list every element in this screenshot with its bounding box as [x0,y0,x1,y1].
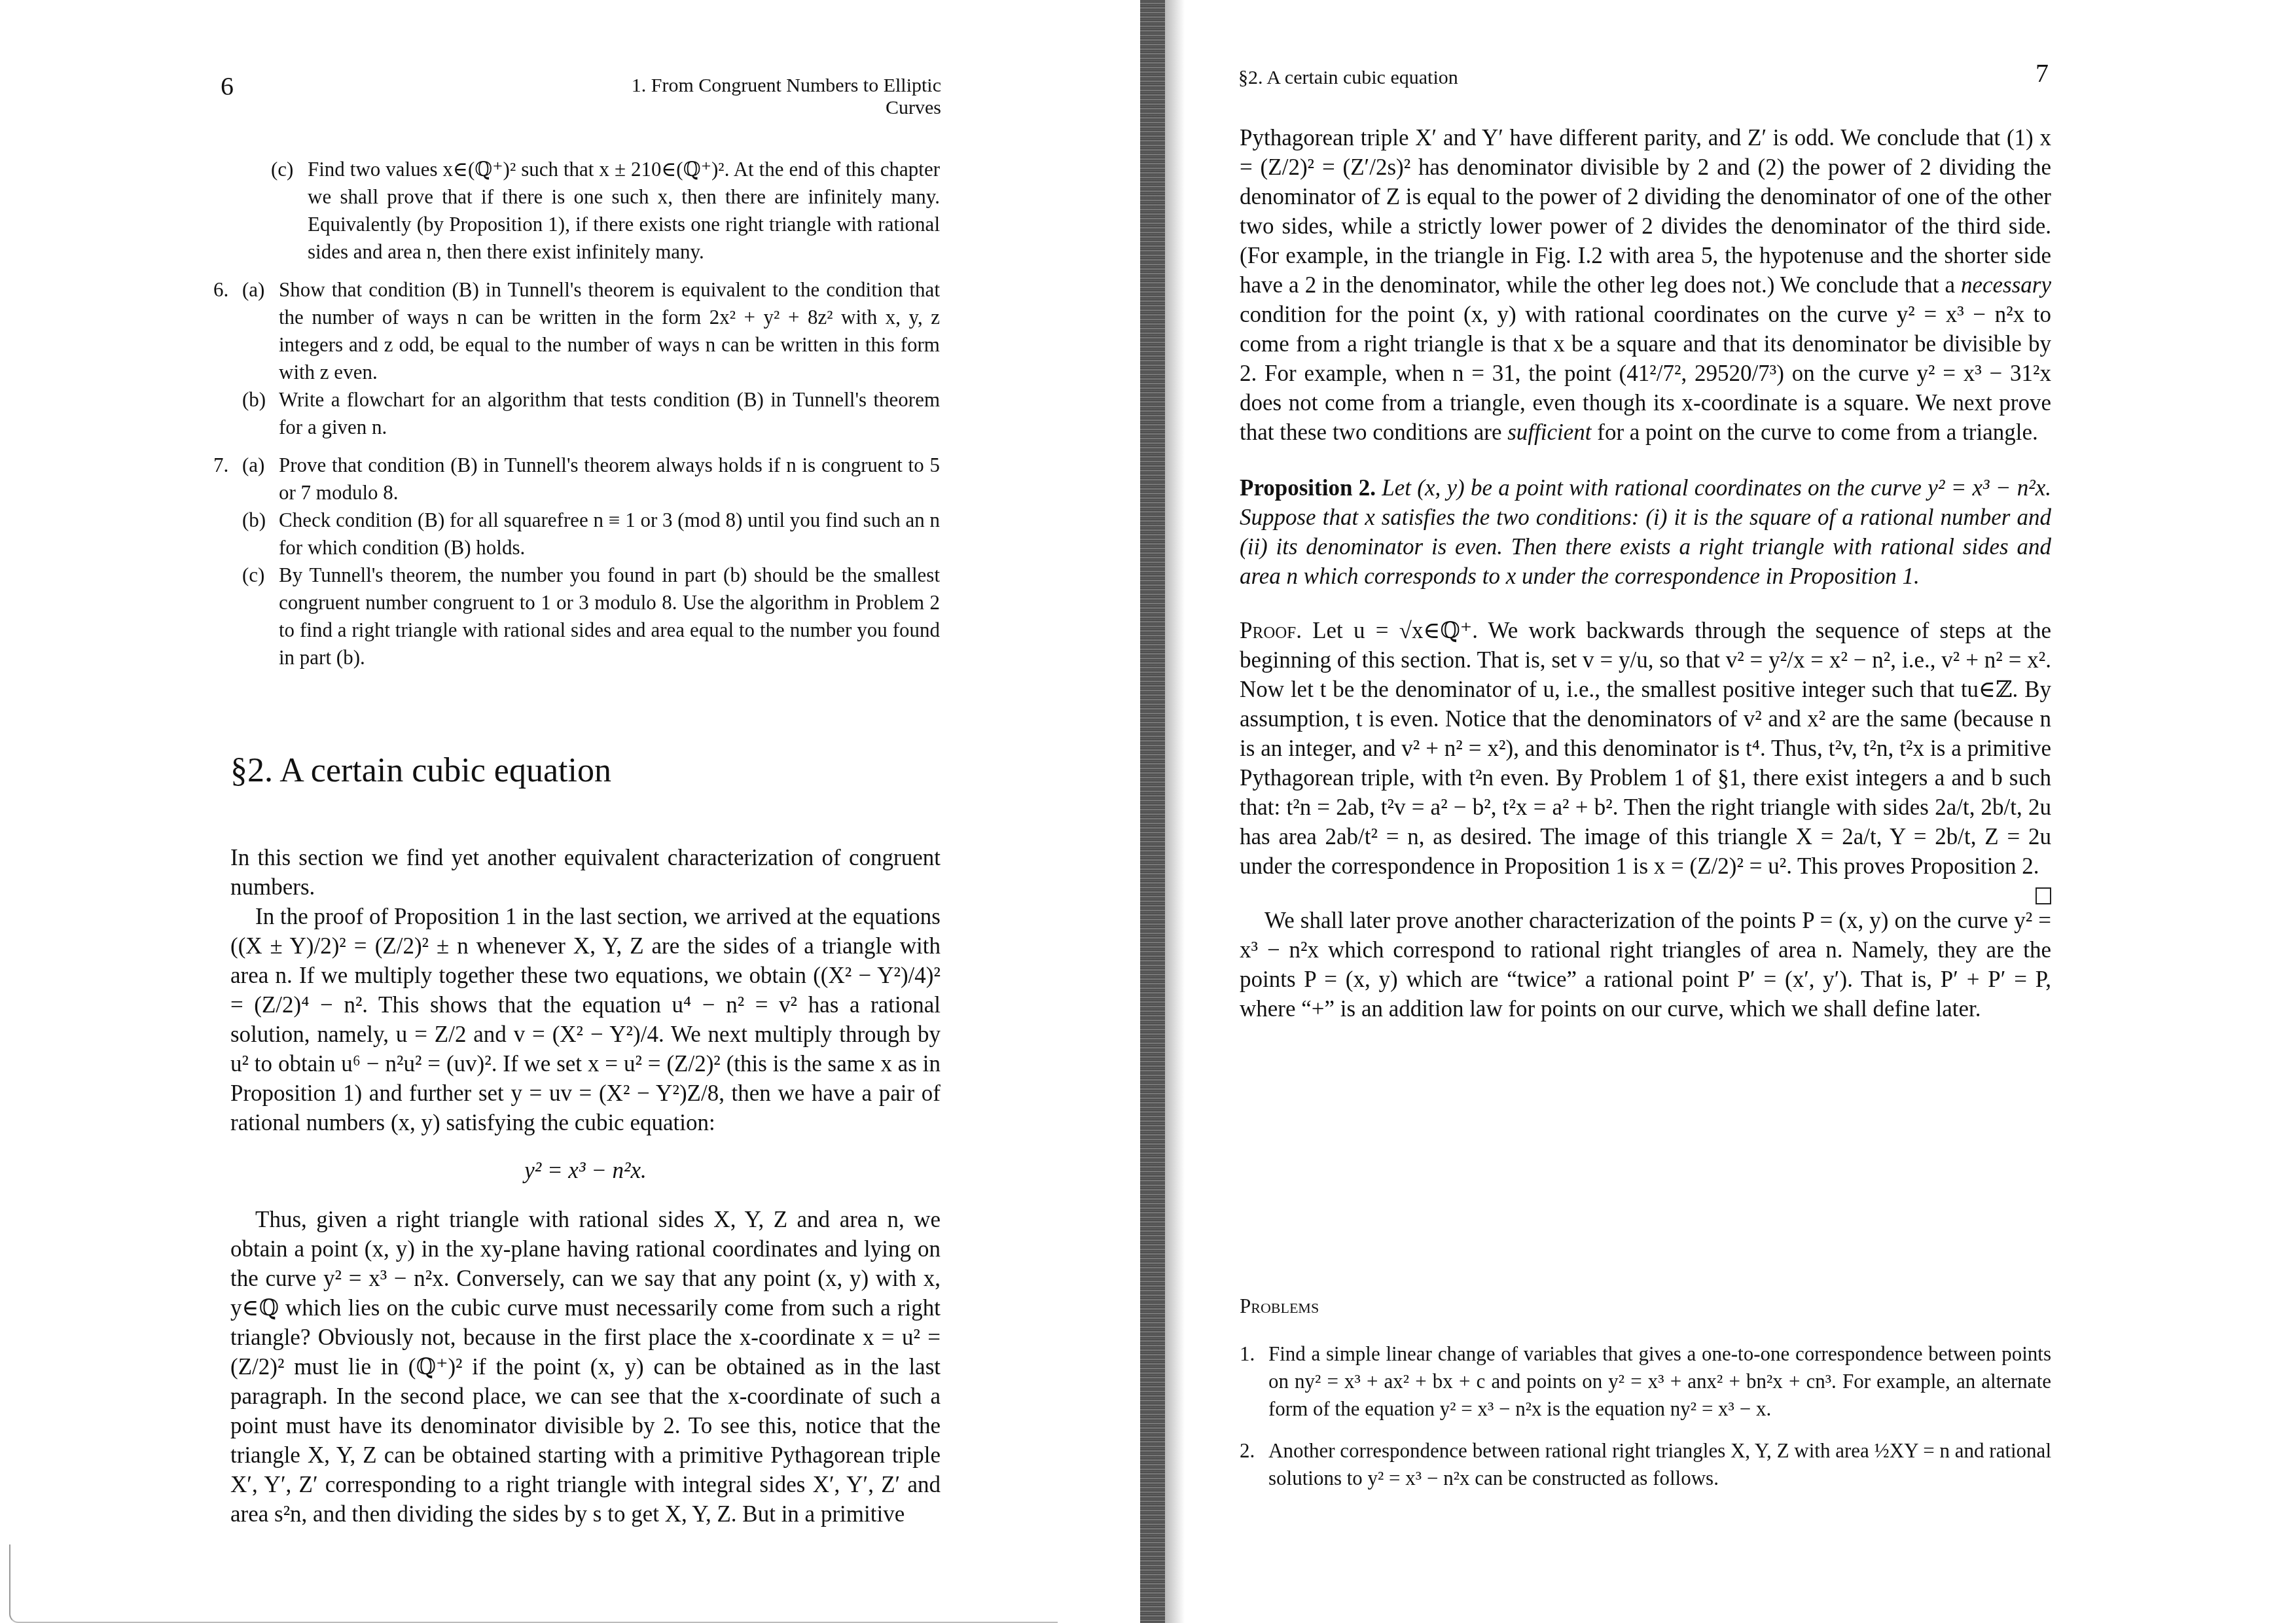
problem-7b: (b) Check condition (B) for all squarefr… [242,507,940,562]
problem-6a: 6. (a) Show that condition (B) in Tunnel… [213,276,940,386]
qed-square-icon [2036,887,2051,904]
body-text-left: In this section we find yet another equi… [230,843,941,1529]
proposition-2: Proposition 2. Let (x, y) be a point wit… [1240,473,2051,591]
paragraph: In the proof of Proposition 1 in the las… [230,902,941,1137]
problem-2: 2. Another correspondence between ration… [1240,1437,2051,1492]
left-page: 6 1. From Congruent Numbers to Elliptic … [0,0,1139,1623]
problem-list: (c) Find two values x∈(ℚ⁺)² such that x … [242,156,940,671]
page-number: 6 [221,71,234,101]
running-head: 1. From Congruent Numbers to Elliptic Cu… [575,75,941,119]
running-head: §2. A certain cubic equation [1238,67,1458,89]
problem-5c: (c) Find two values x∈(ℚ⁺)² such that x … [242,156,940,266]
problem-7c: (c) By Tunnell's theorem, the number you… [242,562,940,671]
paragraph: In this section we find yet another equi… [230,843,941,902]
problem-list: 1. Find a simple linear change of variab… [1240,1340,2051,1492]
paragraph: Thus, given a right triangle with ration… [230,1205,941,1529]
problem-7a: 7. (a) Prove that condition (B) in Tunne… [213,452,940,507]
problem-6b: (b) Write a flowchart for an algorithm t… [242,386,940,441]
proof: Proof. Let u = √x∈ℚ⁺. We work backwards … [1240,616,2051,881]
body-text-right: Pythagorean triple X′ and Y′ have differ… [1240,123,2051,1024]
page-edge [9,1544,1058,1623]
problems-heading: Problems [1240,1294,1319,1318]
paragraph: We shall later prove another characteriz… [1240,906,2051,1024]
page-number: 7 [2036,58,2049,88]
right-page: §2. A certain cubic equation 7 Pythagore… [1165,0,2296,1623]
section-title: §2. A certain cubic equation [230,751,611,790]
book-binding-gutter [1140,0,1165,1623]
problem-1: 1. Find a simple linear change of variab… [1240,1340,2051,1423]
paragraph: Pythagorean triple X′ and Y′ have differ… [1240,123,2051,447]
cubic-equation: y² = x³ − n²x. [230,1156,941,1185]
